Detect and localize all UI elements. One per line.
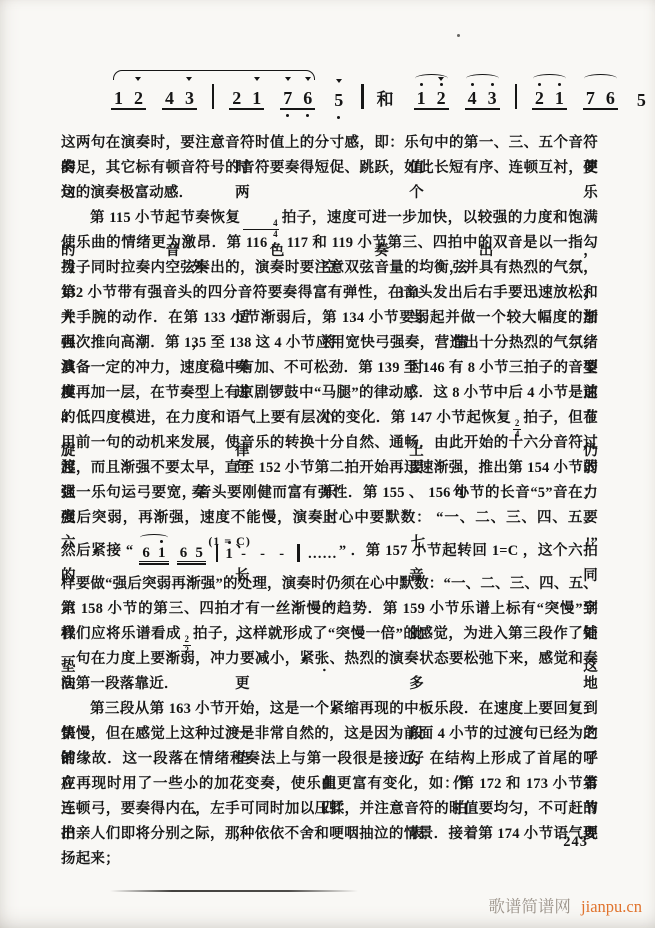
slur-arc — [584, 74, 617, 83]
phrase-1: 124321765 — [103, 84, 371, 110]
note-number: 1 — [555, 88, 564, 108]
text-line: 弓子同时拉奏内空弦奏出的，演奏时要注意双弦音量的均衡，并具有热烈的气氛．第 13… — [61, 256, 598, 281]
octave-dot-below — [286, 114, 289, 117]
note-2: 2 — [436, 89, 447, 108]
note-number: 6 — [606, 88, 615, 108]
octave-dot-above — [420, 83, 423, 86]
note-group: 43 — [465, 89, 500, 110]
note-2: 2 — [231, 89, 242, 108]
text-line: 再次推向高潮．第 135 至 138 这 4 小节应用宽快弓强奏，营造出十分热烈… — [61, 331, 598, 356]
text-line: 这一乐句运弓要宽，音头要刚健而富有弹性．第 155 、 156 小节的长音“5”… — [61, 481, 598, 506]
time-signature-numerator: 4 — [243, 219, 280, 230]
note-number: 3 — [488, 88, 497, 108]
text-line: 连顿弓，要奏得内在，左手可同时加以压揉，并注意音符的时值要均匀，不可赶节拍，表现 — [61, 797, 598, 822]
octave-dot-above — [440, 83, 443, 86]
note-group: 5 — [331, 91, 346, 110]
text-line: 具备一定的冲力，速度稳中有加、不可松劲．第 139 至 146 有 8 小节三拍… — [61, 356, 598, 381]
note-6: 6 — [605, 89, 616, 108]
text-line: 起，而且渐强不要太早，直至 152 小节第二拍开始再迅速渐强，推出第 154 小… — [61, 456, 598, 481]
note-1: 1 — [113, 89, 124, 108]
text-line: 强后突弱，再渐强，速度不能慢，演奏时心中要默数： “一、二、三、四、五、六、七!… — [61, 506, 598, 531]
text-paragraph: 这两句在演奏时，要注意音符时值上的分寸感，即：乐句中的第一、三、五个音符的时值要… — [61, 131, 598, 206]
watermark-site-name: 歌谱简谱网 — [488, 897, 571, 916]
note-group: 21 — [229, 89, 264, 110]
note-4: 4 — [164, 89, 175, 108]
text-paragraph: 第三段从第 163 小节开始，这是一个紧缩再现的中板乐段．在速度上要回复到第一段… — [61, 697, 598, 847]
note-5: 5 — [636, 91, 647, 110]
note-number: 2 — [437, 88, 446, 108]
text-line: 我们应将乐谱看成22拍子，这样就形成了“突慢一倍”的感觉，为进入第三段作了铺垫．… — [61, 622, 598, 647]
page-number: 243 — [563, 834, 588, 851]
octave-dot-above — [491, 83, 494, 86]
note-number: 7 — [586, 88, 595, 108]
text-line: 132 小节带有强音头的四分音符要奏得富有弹性，在音头发出后右手要迅速放松，并适… — [61, 281, 598, 306]
text-line: 快慢，但在感觉上这种过渡是非常自然的，这是因为前面 4 小节的过渡句已经为之铺垫… — [61, 722, 598, 747]
note-group: 65 — [177, 545, 206, 562]
note-number: 4 — [468, 88, 477, 108]
note-group: 76 — [280, 89, 315, 110]
note-2: 2 — [133, 89, 144, 108]
scan-artifact-speck — [457, 34, 460, 37]
text-line: 第 115 小节起节奏恢复44拍子，速度可进一步加快，以较强的力度和饱满的音色奏… — [61, 206, 598, 231]
time-signature-numerator: 2 — [183, 635, 191, 646]
note-group: 21 — [532, 89, 567, 110]
note-group: 5 — [634, 91, 649, 110]
note-6: 6 — [141, 545, 151, 561]
note-3: 3 — [184, 89, 195, 108]
key-signature-label: (1 = C) — [208, 529, 251, 554]
text-line: 第 158 小节的第三、四拍才有一丝渐慢的趋势．第 159 小节乐谱上标有“突慢… — [61, 597, 598, 622]
note-1: 1 — [554, 89, 565, 108]
text-line: 度再加一层，在节奏型上有京剧锣鼓中“马腿”的律动感．这 8 小节中后 4 小节是… — [61, 381, 598, 406]
note-number: 4 — [165, 88, 174, 108]
note-number: 5 — [195, 545, 203, 561]
text-line: 出亲人们即将分别之际，那种依依不舍和哽咽抽泣的情景．接着第 174 小节语气要扬… — [61, 822, 598, 847]
note-group: 12 — [111, 89, 146, 110]
text-line: 使乐曲的情绪更为激昂．第 116 、117 和 119 小节第三、四拍中的双音是… — [61, 231, 598, 256]
note-6: 6 — [179, 545, 189, 561]
note-6: 6 — [302, 89, 313, 108]
ellipsis: …… — [308, 546, 337, 562]
watermark-site-url: jianpu.cn — [581, 897, 642, 916]
text-line: 用前一句的动机来发展，使音乐的转换十分自然、通畅．由此开始的十六分音符过渡句要弱 — [61, 431, 598, 456]
note-number: 6 — [180, 545, 188, 561]
scan-artifact-line — [110, 890, 358, 892]
text-line: 这两句在演奏时，要注意音符时值上的分寸感，即：乐句中的第一、三、五个音符的时值要 — [61, 131, 598, 156]
slur-arc — [533, 74, 566, 83]
connector-he: 和 — [377, 90, 394, 110]
note-number: 5 — [334, 90, 343, 110]
inline-music: 61651---……(1 = C) — [133, 544, 339, 562]
octave-dot-below — [306, 114, 309, 117]
phrase-2: 124321765 — [406, 84, 655, 110]
text-line: 在再现时用了一些小的加花变奏，使乐曲更富有变化，如：第 172 和 173 小节… — [61, 772, 598, 797]
slur-arc — [466, 74, 499, 83]
octave-dot-above — [558, 83, 561, 86]
barline — [361, 84, 363, 109]
staccato-mark — [336, 79, 342, 83]
note-number: 6 — [142, 545, 150, 561]
note-number: 1 — [252, 88, 261, 108]
second-beam — [177, 563, 206, 565]
octave-dot-above — [471, 83, 474, 86]
octave-dot-above — [538, 83, 541, 86]
note-group: 43 — [162, 89, 197, 110]
note-5: 5 — [194, 545, 204, 561]
note-number: 2 — [134, 88, 143, 108]
note-group: 12 — [414, 89, 449, 110]
note-number: 6 — [303, 88, 312, 108]
scanned-book-page: 124321765和124321765 这两句在演奏时，要注意音符时值上的分寸感… — [0, 0, 655, 928]
octave-dot-below — [337, 116, 340, 119]
watermark: 歌谱简谱网 jianpu.cn — [488, 893, 642, 917]
note-5: 5 — [333, 91, 344, 110]
body-text: 这两句在演奏时，要注意音符时值上的分寸感，即：乐句中的第一、三、五个音符的时值要… — [61, 131, 598, 847]
barline — [515, 84, 517, 109]
duration-dash: - — [260, 546, 265, 562]
duration-dash: - — [279, 546, 284, 562]
note-number: 1 — [417, 88, 426, 108]
note-4: 4 — [467, 89, 478, 108]
note-7: 7 — [282, 89, 293, 108]
note-number: 3 — [185, 88, 194, 108]
note-1: 1 — [416, 89, 427, 108]
text-line: 第三段从第 163 小节开始，这是一个紧缩再现的中板乐段．在速度上要回复到第一段… — [61, 697, 598, 722]
second-beam — [139, 563, 168, 565]
note-number: 1 — [158, 545, 166, 561]
text-line: 一句在力度上要渐弱，冲力要减小，紧张、热烈的演奏状态要松弛下来，感觉和奏法更多地 — [61, 647, 598, 672]
note-1: 1 — [157, 545, 167, 561]
note-1: 1 — [251, 89, 262, 108]
text-line: 奏足，其它标有顿音符号的音符要奏得短促、跳跃，如此长短有序、连顿互衬，使这两个乐 — [61, 156, 598, 181]
text-line: 样要做“强后突弱再渐强”的处理，演奏时仍须在心中默数：“一、二、三、四、五、六!… — [61, 572, 598, 597]
barline — [297, 544, 299, 562]
note-group: 76 — [583, 89, 618, 110]
note-3: 3 — [487, 89, 498, 108]
text-line: 大手腕的动作．在第 133 小节渐弱后，第 134 小节要弱起并做一个较大幅度的… — [61, 306, 598, 331]
note-number: 2 — [535, 88, 544, 108]
note-number: 1 — [114, 88, 123, 108]
note-number: 5 — [637, 90, 646, 110]
note-group: 61 — [139, 545, 168, 562]
note-7: 7 — [585, 89, 596, 108]
top-notation: 124321765和124321765 — [103, 84, 655, 110]
text-line: 的低四度模进，在力度和语气上要有层次的变化．第 147 小节起恢复24拍子，但在… — [61, 406, 598, 431]
time-signature-numerator: 2 — [513, 419, 521, 430]
note-number: 7 — [283, 88, 292, 108]
note-2: 2 — [534, 89, 545, 108]
slur-arc — [415, 74, 448, 83]
text-line: 的缘故．这一段落在情绪和奏法上与第一段很是接近，在结构上形成了首尾的呼应．但作者 — [61, 747, 598, 772]
phrase-slur-arc — [113, 70, 315, 80]
note-number: 2 — [232, 88, 241, 108]
slur-arc — [140, 534, 167, 541]
text-paragraph: 第 115 小节起节奏恢复44拍子，速度可进一步加快，以较强的力度和饱满的音色奏… — [61, 206, 598, 697]
barline — [212, 84, 214, 109]
